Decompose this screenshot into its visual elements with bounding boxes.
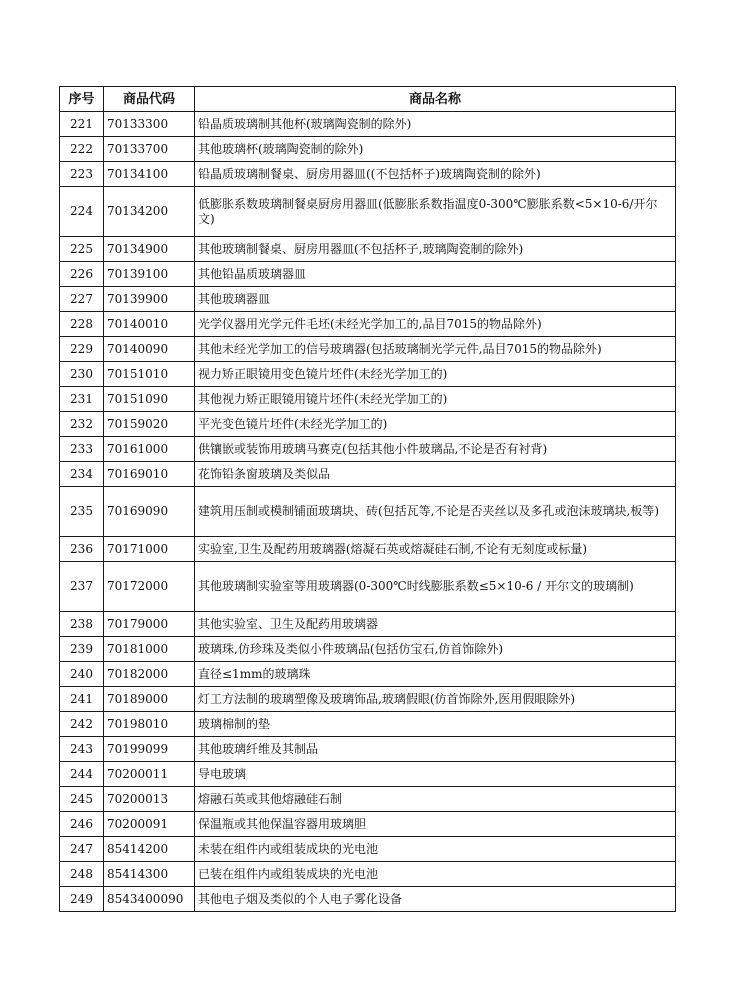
product-code: 70134900 xyxy=(104,237,195,262)
serial-no: 229 xyxy=(60,337,104,362)
product-name: 保温瓶或其他保温容器用玻璃胆 xyxy=(195,812,676,837)
product-code: 70133700 xyxy=(104,137,195,162)
product-name: 低膨胀系数玻璃制餐桌厨房用器皿(低膨胀系数指温度0-300℃膨胀系数<5×10-… xyxy=(195,187,676,237)
product-name: 铅晶质玻璃制餐桌、厨房用器皿((不包括杯子)玻璃陶瓷制的除外) xyxy=(195,162,676,187)
product-name: 花饰铅条窗玻璃及类似品 xyxy=(195,462,676,487)
product-name: 玻璃棉制的垫 xyxy=(195,712,676,737)
table-row: 22670139100其他铅晶质玻璃器皿 xyxy=(60,262,676,287)
table-row: 22570134900其他玻璃制餐桌、厨房用器皿(不包括杯子,玻璃陶瓷制的除外) xyxy=(60,237,676,262)
serial-no: 227 xyxy=(60,287,104,312)
table-row: 23170151090其他视力矫正眼镜用镜片坯件(未经光学加工的) xyxy=(60,387,676,412)
product-code: 70179000 xyxy=(104,612,195,637)
serial-no: 236 xyxy=(60,537,104,562)
product-code: 70134200 xyxy=(104,187,195,237)
table-row: 24270198010玻璃棉制的垫 xyxy=(60,712,676,737)
table-row: 22970140090其他未经光学加工的信号玻璃器(包括玻璃制光学元件,品目70… xyxy=(60,337,676,362)
product-name: 建筑用压制或模制铺面玻璃块、砖(包括瓦等,不论是否夹丝以及多孔或泡沫玻璃块,板等… xyxy=(195,487,676,537)
product-name: 其他未经光学加工的信号玻璃器(包括玻璃制光学元件,品目7015的物品除外) xyxy=(195,337,676,362)
product-name: 视力矫正眼镜用变色镜片坯件(未经光学加工的) xyxy=(195,362,676,387)
product-code: 70200011 xyxy=(104,762,195,787)
table-row: 23570169090建筑用压制或模制铺面玻璃块、砖(包括瓦等,不论是否夹丝以及… xyxy=(60,487,676,537)
product-code: 70200013 xyxy=(104,787,195,812)
serial-no: 231 xyxy=(60,387,104,412)
product-name: 其他玻璃纤维及其制品 xyxy=(195,737,676,762)
product-name: 直径≤1mm的玻璃珠 xyxy=(195,662,676,687)
serial-no: 240 xyxy=(60,662,104,687)
serial-no: 226 xyxy=(60,262,104,287)
table-row: 24570200013熔融石英或其他熔融硅石制 xyxy=(60,787,676,812)
table-row: 23470169010花饰铅条窗玻璃及类似品 xyxy=(60,462,676,487)
product-name: 其他视力矫正眼镜用镜片坯件(未经光学加工的) xyxy=(195,387,676,412)
goods-table: 序号 商品代码 商品名称 22170133300铅晶质玻璃制其他杯(玻璃陶瓷制的… xyxy=(59,86,676,912)
product-code: 70139900 xyxy=(104,287,195,312)
serial-no: 228 xyxy=(60,312,104,337)
product-code: 70169010 xyxy=(104,462,195,487)
product-name: 玻璃珠,仿珍珠及类似小件玻璃品(包括仿宝石,仿首饰除外) xyxy=(195,637,676,662)
serial-no: 230 xyxy=(60,362,104,387)
table-row: 24170189000灯工方法制的玻璃塑像及玻璃饰品,玻璃假眼(仿首饰除外,医用… xyxy=(60,687,676,712)
product-code: 70182000 xyxy=(104,662,195,687)
product-code: 70140010 xyxy=(104,312,195,337)
product-name: 其他实验室、卫生及配药用玻璃器 xyxy=(195,612,676,637)
product-name: 光学仪器用光学元件毛坯(未经光学加工的,品目7015的物品除外) xyxy=(195,312,676,337)
product-name: 已装在组件内或组装成块的光电池 xyxy=(195,862,676,887)
product-code: 70161000 xyxy=(104,437,195,462)
product-code: 70134100 xyxy=(104,162,195,187)
product-code: 70199099 xyxy=(104,737,195,762)
product-code: 70172000 xyxy=(104,562,195,612)
header-product-code: 商品代码 xyxy=(104,87,195,112)
product-code: 70140090 xyxy=(104,337,195,362)
product-code: 70181000 xyxy=(104,637,195,662)
table-row: 23970181000玻璃珠,仿珍珠及类似小件玻璃品(包括仿宝石,仿首饰除外) xyxy=(60,637,676,662)
product-code: 85414300 xyxy=(104,862,195,887)
product-name: 其他玻璃器皿 xyxy=(195,287,676,312)
table-row: 2498543400090其他电子烟及类似的个人电子雾化设备 xyxy=(60,887,676,912)
product-code: 70133300 xyxy=(104,112,195,137)
table-row: 23670171000实验室,卫生及配药用玻璃器(熔凝石英或熔凝硅石制,不论有无… xyxy=(60,537,676,562)
serial-no: 241 xyxy=(60,687,104,712)
product-code: 70200091 xyxy=(104,812,195,837)
product-code: 70189000 xyxy=(104,687,195,712)
table-row: 23270159020平光变色镜片坯件(未经光学加工的) xyxy=(60,412,676,437)
product-code: 70151090 xyxy=(104,387,195,412)
serial-no: 224 xyxy=(60,187,104,237)
table-row: 22870140010光学仪器用光学元件毛坯(未经光学加工的,品目7015的物品… xyxy=(60,312,676,337)
product-name: 其他铅晶质玻璃器皿 xyxy=(195,262,676,287)
table-row: 22470134200低膨胀系数玻璃制餐桌厨房用器皿(低膨胀系数指温度0-300… xyxy=(60,187,676,237)
serial-no: 246 xyxy=(60,812,104,837)
product-name: 其他电子烟及类似的个人电子雾化设备 xyxy=(195,887,676,912)
serial-no: 245 xyxy=(60,787,104,812)
serial-no: 243 xyxy=(60,737,104,762)
table-row: 24785414200未装在组件内或组装成块的光电池 xyxy=(60,837,676,862)
table-row: 24070182000直径≤1mm的玻璃珠 xyxy=(60,662,676,687)
product-code: 70169090 xyxy=(104,487,195,537)
product-name: 平光变色镜片坯件(未经光学加工的) xyxy=(195,412,676,437)
serial-no: 222 xyxy=(60,137,104,162)
product-code: 70159020 xyxy=(104,412,195,437)
table-row: 23870179000其他实验室、卫生及配药用玻璃器 xyxy=(60,612,676,637)
serial-no: 247 xyxy=(60,837,104,862)
table-row: 23070151010视力矫正眼镜用变色镜片坯件(未经光学加工的) xyxy=(60,362,676,387)
product-name: 其他玻璃制餐桌、厨房用器皿(不包括杯子,玻璃陶瓷制的除外) xyxy=(195,237,676,262)
product-name: 供镶嵌或装饰用玻璃马赛克(包括其他小件玻璃品,不论是否有衬背) xyxy=(195,437,676,462)
table-row: 24885414300已装在组件内或组装成块的光电池 xyxy=(60,862,676,887)
serial-no: 248 xyxy=(60,862,104,887)
serial-no: 244 xyxy=(60,762,104,787)
product-code: 70139100 xyxy=(104,262,195,287)
product-code: 8543400090 xyxy=(104,887,195,912)
product-name: 实验室,卫生及配药用玻璃器(熔凝石英或熔凝硅石制,不论有无刻度或标量) xyxy=(195,537,676,562)
table-row: 23770172000其他玻璃制实验室等用玻璃器(0-300℃时线膨胀系数≤5×… xyxy=(60,562,676,612)
serial-no: 249 xyxy=(60,887,104,912)
header-product-name: 商品名称 xyxy=(195,87,676,112)
serial-no: 232 xyxy=(60,412,104,437)
header-serial-no: 序号 xyxy=(60,87,104,112)
serial-no: 242 xyxy=(60,712,104,737)
product-name: 其他玻璃制实验室等用玻璃器(0-300℃时线膨胀系数≤5×10-6 / 开尔文的… xyxy=(195,562,676,612)
serial-no: 234 xyxy=(60,462,104,487)
product-name: 导电玻璃 xyxy=(195,762,676,787)
product-name: 灯工方法制的玻璃塑像及玻璃饰品,玻璃假眼(仿首饰除外,医用假眼除外) xyxy=(195,687,676,712)
product-code: 70151010 xyxy=(104,362,195,387)
table-header-row: 序号 商品代码 商品名称 xyxy=(60,87,676,112)
serial-no: 225 xyxy=(60,237,104,262)
table-row: 22270133700其他玻璃杯(玻璃陶瓷制的除外) xyxy=(60,137,676,162)
serial-no: 239 xyxy=(60,637,104,662)
product-name: 未装在组件内或组装成块的光电池 xyxy=(195,837,676,862)
serial-no: 233 xyxy=(60,437,104,462)
table-row: 22370134100铅晶质玻璃制餐桌、厨房用器皿((不包括杯子)玻璃陶瓷制的除… xyxy=(60,162,676,187)
product-name: 其他玻璃杯(玻璃陶瓷制的除外) xyxy=(195,137,676,162)
table-row: 24670200091保温瓶或其他保温容器用玻璃胆 xyxy=(60,812,676,837)
table-row: 22170133300铅晶质玻璃制其他杯(玻璃陶瓷制的除外) xyxy=(60,112,676,137)
table-row: 24370199099其他玻璃纤维及其制品 xyxy=(60,737,676,762)
product-code: 85414200 xyxy=(104,837,195,862)
serial-no: 221 xyxy=(60,112,104,137)
table-row: 23370161000供镶嵌或装饰用玻璃马赛克(包括其他小件玻璃品,不论是否有衬… xyxy=(60,437,676,462)
serial-no: 235 xyxy=(60,487,104,537)
table-row: 24470200011导电玻璃 xyxy=(60,762,676,787)
serial-no: 237 xyxy=(60,562,104,612)
serial-no: 238 xyxy=(60,612,104,637)
serial-no: 223 xyxy=(60,162,104,187)
table-row: 22770139900其他玻璃器皿 xyxy=(60,287,676,312)
product-code: 70171000 xyxy=(104,537,195,562)
product-name: 铅晶质玻璃制其他杯(玻璃陶瓷制的除外) xyxy=(195,112,676,137)
product-name: 熔融石英或其他熔融硅石制 xyxy=(195,787,676,812)
product-code: 70198010 xyxy=(104,712,195,737)
